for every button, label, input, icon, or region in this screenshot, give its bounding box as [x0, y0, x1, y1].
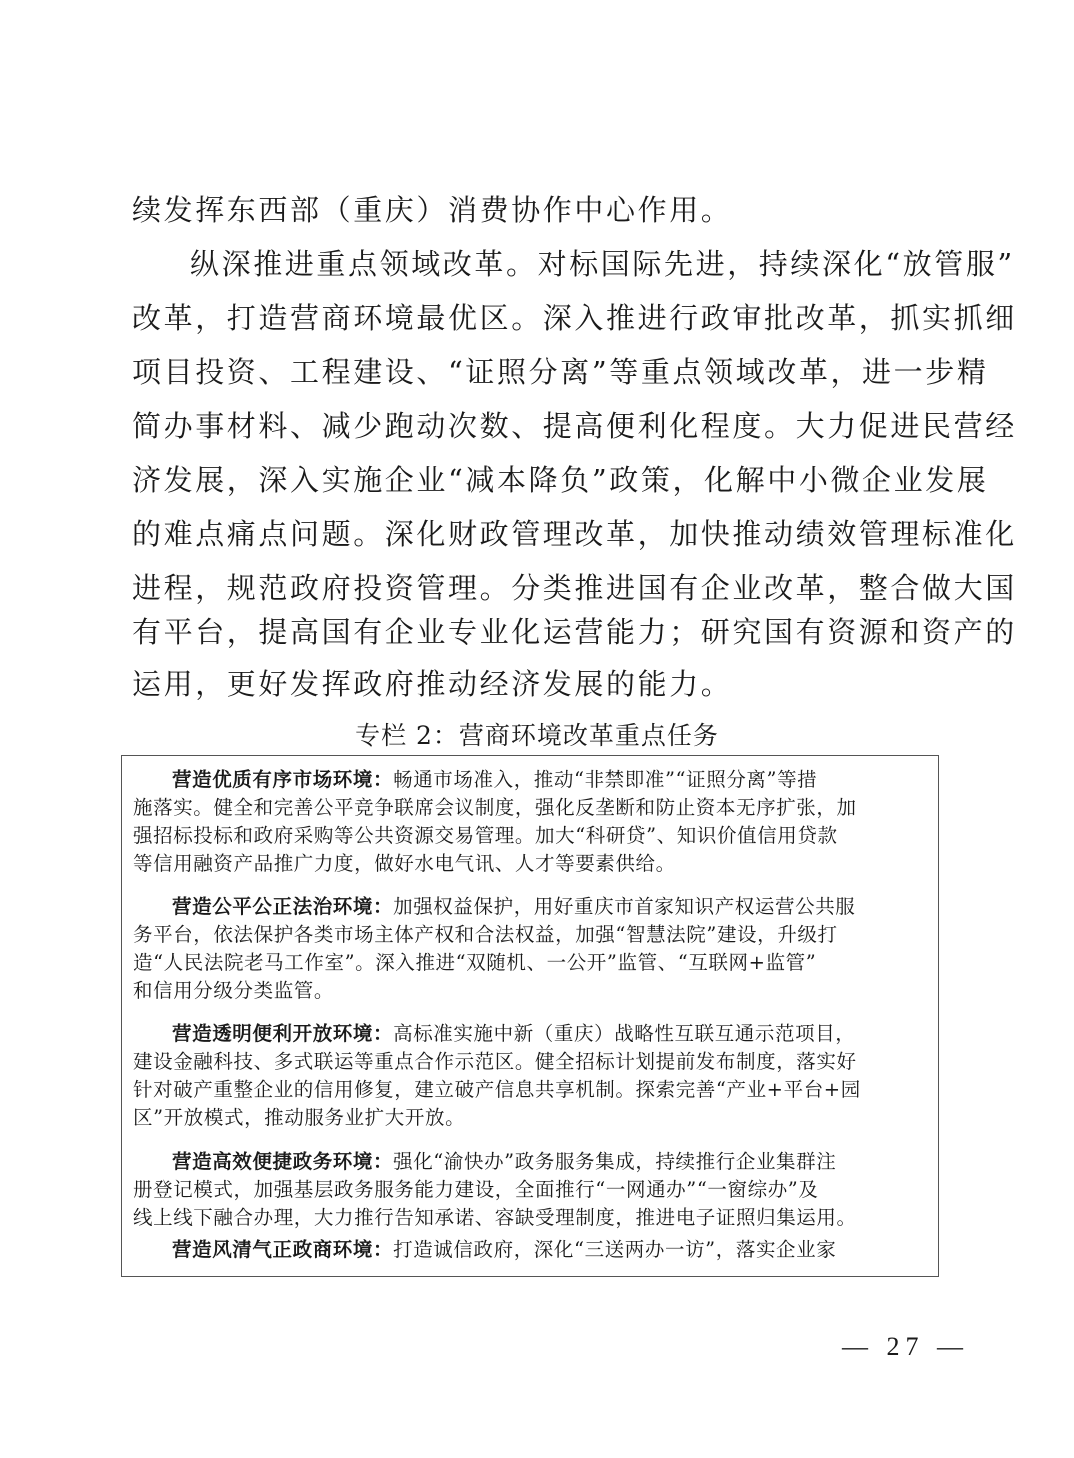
- paragraph-line: 运用，更好发挥政府推动经济发展的能力。: [132, 664, 732, 704]
- paragraph-line: 有平台，提高国有企业专业化运营能力；研究国有资源和资产的: [132, 612, 1017, 652]
- box-item-line: 等信用融资产品推广力度，做好水电气讯、人才等要素供给。: [133, 850, 676, 878]
- box-item-first-line: 营造透明便利开放环境：高标准实施中新（重庆）战略性互联互通示范项目，: [172, 1020, 855, 1048]
- paragraph-line: 改革，打造营商环境最优区。深入推进行政审批改革，抓实抓细: [132, 298, 1017, 338]
- box-item-first-line: 营造公平公正法治环境：加强权益保护，用好重庆市首家知识产权运营公共服: [172, 893, 855, 921]
- box-item-line: 线上线下融合办理，大力推行告知承诺、容缺受理制度，推进电子证照归集运用。: [133, 1204, 857, 1232]
- paragraph-line: 进程，规范政府投资管理。分类推进国有企业改革，整合做大国: [132, 568, 1017, 608]
- box-item-line: 针对破产重整企业的信用修复，建立破产信息共享机制。探索完善“产业+平台+园: [133, 1076, 861, 1104]
- paragraph-line: 续发挥东西部（重庆）消费协作中心作用。: [132, 190, 732, 230]
- box-item-heading: 营造公平公正法治环境：: [172, 895, 393, 918]
- box-item-line: 务平台，依法保护各类市场主体产权和合法权益，加强“智慧法院”建设，升级打: [133, 921, 838, 949]
- box-item-line: 强招标投标和政府采购等公共资源交易管理。加大“科研贷”、知识价值信用贷款: [133, 822, 838, 850]
- task-box: 营造优质有序市场环境：畅通市场准入，推动“非禁即准”“证照分离”等措 施落实。健…: [121, 755, 939, 1277]
- paragraph-line: 的难点痛点问题。深化财政管理改革，加快推动绩效管理标准化: [132, 514, 1017, 554]
- box-item-line: 区”开放模式，推动服务业扩大开放。: [133, 1104, 465, 1132]
- paragraph-line: 简办事材料、减少跑动次数、提高便利化程度。大力促进民营经: [132, 406, 1017, 446]
- paragraph-line: 纵深推进重点领域改革。对标国际先进，持续深化“放管服”: [190, 244, 1015, 284]
- box-item-line: 和信用分级分类监管。: [133, 977, 334, 1005]
- box-title: 专栏 2：营商环境改革重点任务: [0, 718, 1074, 754]
- box-item-line: 造“人民法院老马工作室”。深入推进“双随机、一公开”监管、“互联网+监管”: [133, 949, 816, 977]
- box-item-heading: 营造风清气正政商环境：: [172, 1238, 393, 1261]
- paragraph-line: 济发展，深入实施企业“减本降负”政策，化解中小微企业发展: [132, 460, 988, 500]
- box-item-first-line: 营造优质有序市场环境：畅通市场准入，推动“非禁即准”“证照分离”等措: [172, 766, 817, 794]
- paragraph-line: 项目投资、工程建设、“证照分离”等重点领域改革，进一步精: [132, 352, 988, 392]
- box-item-heading: 营造高效便捷政务环境：: [172, 1150, 393, 1173]
- box-item-line: 建设金融科技、多式联运等重点合作示范区。健全招标计划提前发布制度，落实好: [133, 1048, 857, 1076]
- box-item-line: 施落实。健全和完善公平竞争联席会议制度，强化反垄断和防止资本无序扩张，加: [133, 794, 857, 822]
- box-item-first-line: 营造风清气正政商环境：打造诚信政府，深化“三送两办一访”，落实企业家: [172, 1236, 836, 1264]
- box-item-line: 册登记模式，加强基层政务服务能力建设，全面推行“一网通办”“一窗综办”及: [133, 1176, 818, 1204]
- box-item-heading: 营造优质有序市场环境：: [172, 768, 393, 791]
- box-item-heading: 营造透明便利开放环境：: [172, 1022, 393, 1045]
- box-item-first-line: 营造高效便捷政务环境：强化“渝快办”政务服务集成，持续推行企业集群注: [172, 1148, 836, 1176]
- page-number: — 27 —: [842, 1332, 969, 1362]
